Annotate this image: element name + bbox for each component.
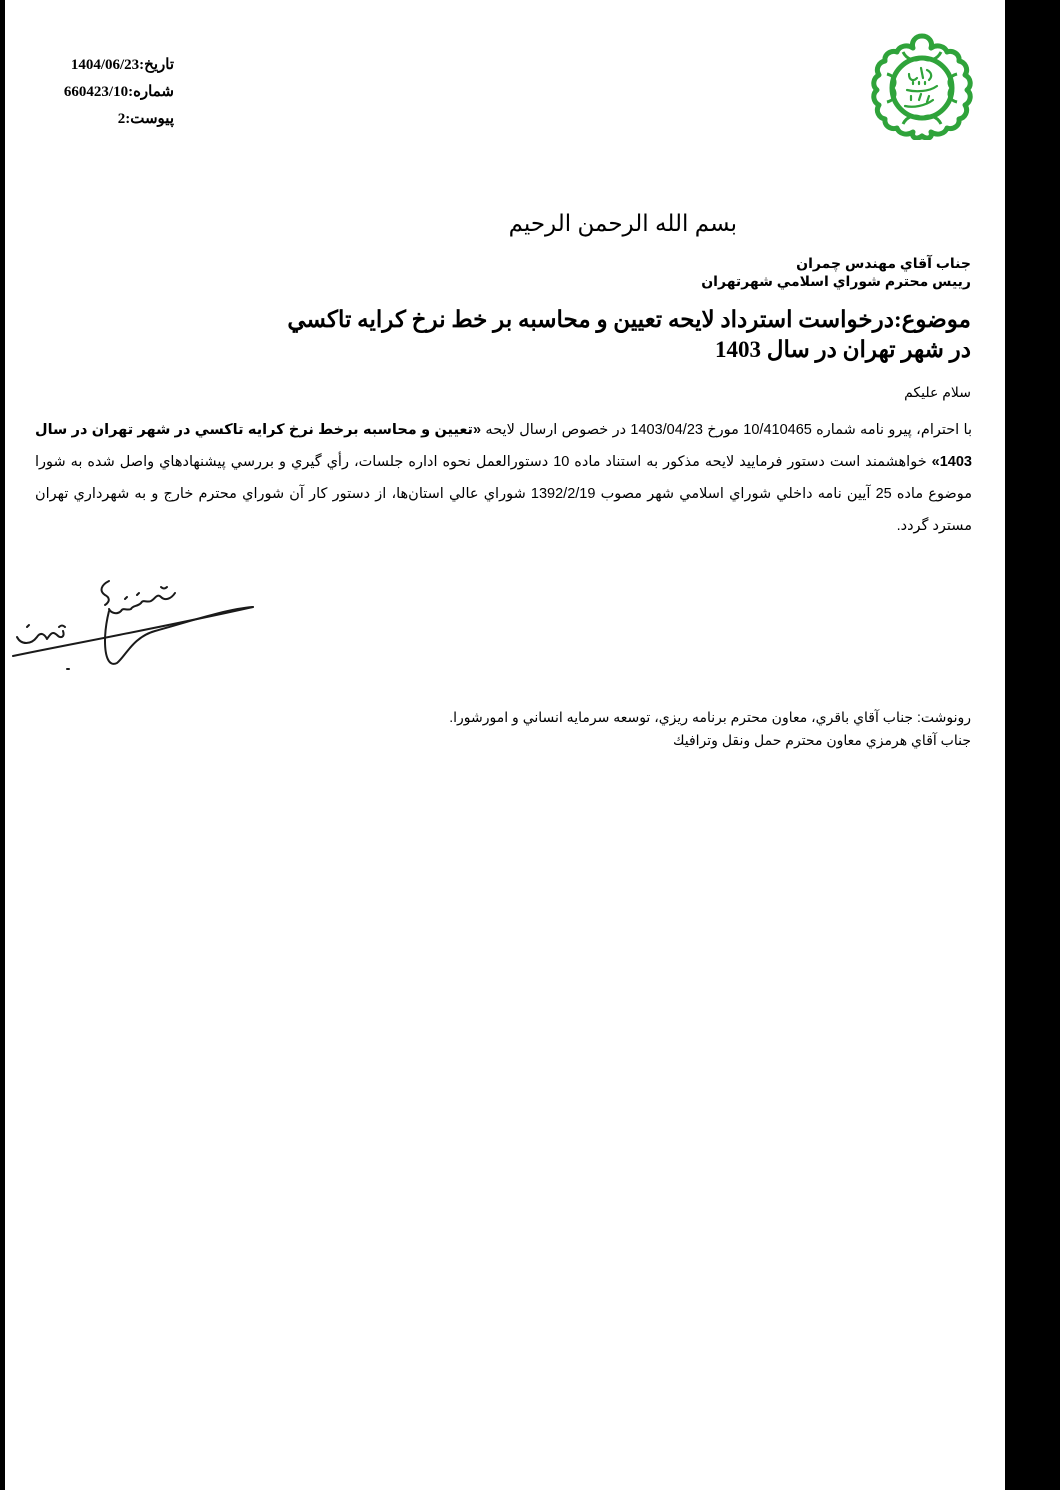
body-part-1: با احترام، پيرو نامه شماره 10/410465 مور… <box>481 422 972 438</box>
addressee-title: رييس محترم شوراي اسلامي شهرتهران <box>371 272 971 290</box>
number-label: شماره: <box>128 84 174 100</box>
cc-line-1: رونوشت: جناب آقاي باقري، معاون محترم برن… <box>371 706 971 729</box>
handwritten-signature-icon <box>5 565 265 675</box>
number-value: 660423/10 <box>64 84 128 100</box>
attachment-label: پيوست: <box>125 111 174 127</box>
subject-line-2: در شهر تهران در سال 1403 <box>271 335 971 365</box>
subject-line-1: موضوع:درخواست استرداد لايحه تعيين و محاس… <box>271 305 971 335</box>
letter-meta: تاريخ:1404/06/23 شماره:660423/10 پيوست:2 <box>49 52 174 133</box>
carbon-copy-block: رونوشت: جناب آقاي باقري، معاون محترم برن… <box>371 706 971 752</box>
attachment-row: پيوست:2 <box>49 106 174 133</box>
letter-page: تاريخ:1404/06/23 شماره:660423/10 پيوست:2 <box>5 0 1005 1490</box>
signature <box>5 565 265 675</box>
date-value: 1404/06/23 <box>71 57 139 73</box>
date-label: تاريخ: <box>139 57 174 73</box>
bismillah-heading: بسم الله الرحمن الرحيم <box>445 210 737 237</box>
letter-body: با احترام، پيرو نامه شماره 10/410465 مور… <box>35 414 972 542</box>
number-row: شماره:660423/10 <box>49 79 174 106</box>
date-row: تاريخ:1404/06/23 <box>49 52 174 79</box>
cc-line-2: جناب آقاي هرمزي معاون محترم حمل ونقل وتر… <box>371 729 971 752</box>
greeting: سلام عليكم <box>904 384 971 401</box>
addressee-name: جناب آقاي مهندس چمران <box>371 254 971 272</box>
tehran-city-council-logo-icon <box>863 30 981 140</box>
subject-block: موضوع:درخواست استرداد لايحه تعيين و محاس… <box>271 305 971 365</box>
body-part-2: خواهشمند است دستور فرماييد لايحه مذكور ب… <box>35 454 972 534</box>
addressee-block: جناب آقاي مهندس چمران رييس محترم شوراي ا… <box>371 254 971 290</box>
